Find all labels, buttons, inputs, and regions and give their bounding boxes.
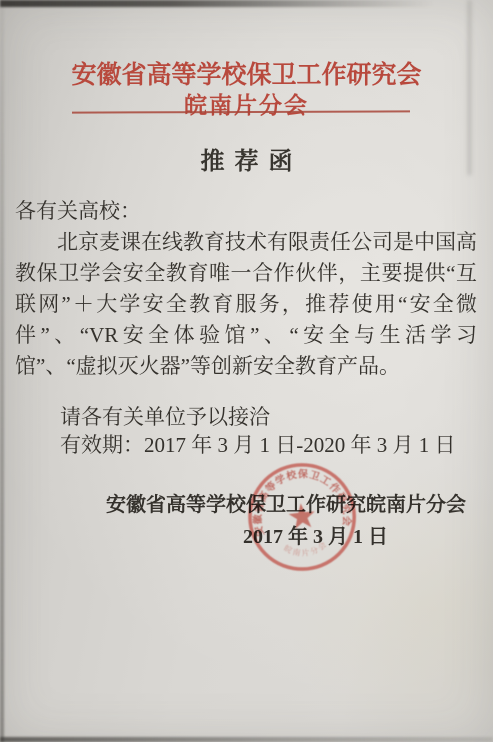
- document-title: 推荐函: [0, 141, 493, 176]
- letter-content: 安徽省高等学校保卫工作研究会 皖南片分会 推荐函 各有关高校： 北京麦课在线教育…: [0, 0, 493, 742]
- body-paragraph: 北京麦课在线教育技术有限责任公司是中国高教保卫学会安全教育唯一合作伙伴，主要提供…: [15, 227, 477, 382]
- org-name-line1: 安徽省高等学校保卫工作研究会: [0, 55, 493, 91]
- request-line: 请各有关单位予以接洽: [60, 401, 270, 431]
- seal-ring-text: 安徽省高等学校保卫工作研究会: [246, 462, 355, 538]
- seal-bottom-text: 皖南片分会: [281, 538, 330, 561]
- org-name-line2: 皖南片分会: [0, 87, 493, 120]
- seal-star-icon: [288, 502, 317, 529]
- document-photo: 安徽省高等学校保卫工作研究会 皖南片分会 推荐函 各有关高校： 北京麦课在线教育…: [0, 0, 493, 742]
- validity-period: 有效期：2017 年 3 月 1 日-2020 年 3 月 1 日: [60, 429, 456, 459]
- seal-bottom-text-holder: 皖南片分会: [281, 538, 330, 561]
- signature-org: 安徽省高等学校保卫工作研究皖南片分会: [0, 488, 466, 517]
- seal-ring-text-holder: 安徽省高等学校保卫工作研究会: [246, 462, 355, 538]
- letter-body: 各有关高校： 北京麦课在线教育技术有限责任公司是中国高教保卫学会安全教育唯一合作…: [15, 196, 477, 382]
- salutation: 各有关高校：: [15, 196, 477, 227]
- official-seal: 安徽省高等学校保卫工作研究会 皖南片分会: [237, 449, 367, 583]
